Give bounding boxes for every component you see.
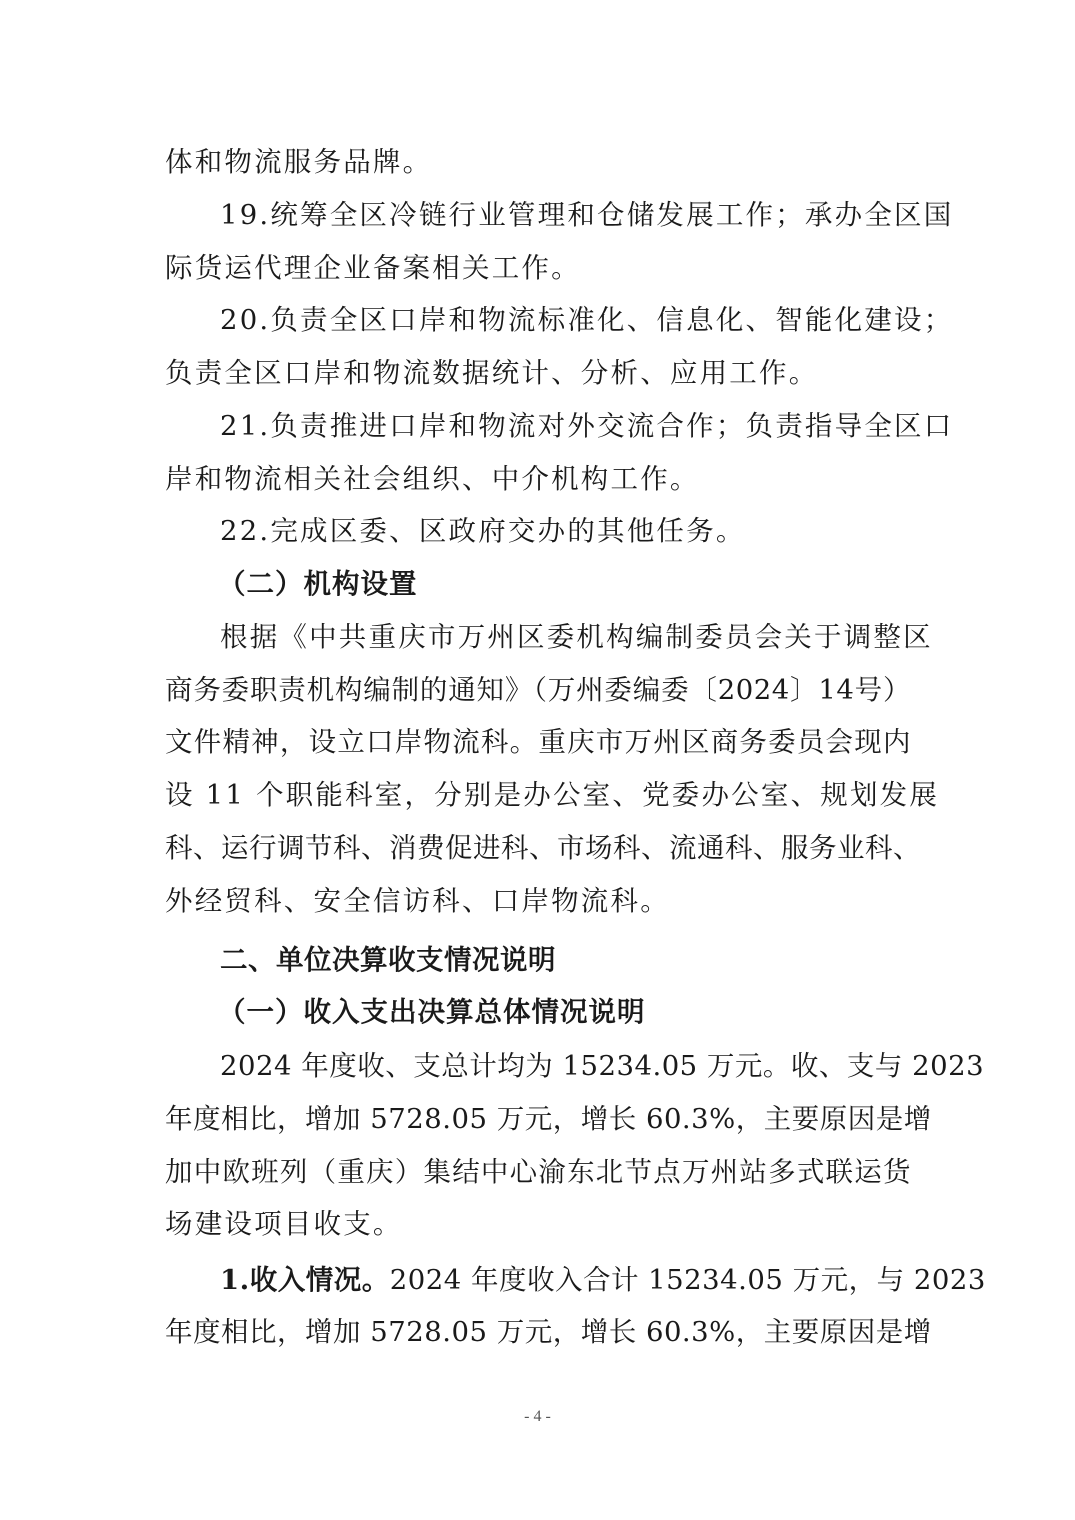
section-heading-org-setup: （二）机构设置 [218, 564, 964, 604]
list-item-20: 20.负责全区口岸和物流标准化、信息化、智能化建设； [220, 300, 911, 340]
list-item-19: 19.统筹全区冷链行业管理和仓储发展工作；承办全区国 [220, 195, 911, 235]
paragraph-line: 年度相比，增加 5728.05 万元，增长 60.3%，主要原因是增 [165, 1099, 911, 1139]
chapter-heading: 二、单位决算收支情况说明 [220, 940, 966, 980]
income-text: 2024 年度收入合计 15234.05 万元，与 2023 [390, 1260, 986, 1300]
paragraph-line: 商务委职责机构编制的通知》（万州委编委〔2024〕14号） [165, 670, 911, 710]
income-label: 1.收入情况。 [220, 1260, 390, 1300]
page-number: - 4 - [0, 1408, 1075, 1426]
paragraph-line: 根据《中共重庆市万州区委机构编制委员会关于调整区 [220, 617, 911, 657]
paragraph-line: 外经贸科、安全信访科、口岸物流科。 [165, 881, 911, 921]
list-item-21: 21.负责推进口岸和物流对外交流合作；负责指导全区口 [220, 406, 911, 446]
paragraph-line: 2024 年度收、支总计均为 15234.05 万元。收、支与 2023 [220, 1046, 911, 1086]
paragraph-line: 加中欧班列（重庆）集结中心渝东北节点万州站多式联运货 [165, 1152, 911, 1192]
paragraph-line: 设 11 个职能科室，分别是办公室、党委办公室、规划发展 [165, 775, 911, 815]
list-item-22: 22.完成区委、区政府交办的其他任务。 [220, 511, 911, 551]
paragraph-line: 负责全区口岸和物流数据统计、分析、应用工作。 [165, 353, 911, 393]
income-paragraph-line: 1.收入情况。 2024 年度收入合计 15234.05 万元，与 2023 [220, 1260, 911, 1300]
document-page: 体和物流服务品牌。 19.统筹全区冷链行业管理和仓储发展工作；承办全区国 际货运… [0, 0, 1075, 1520]
paragraph-line: 场建设项目收支。 [165, 1204, 911, 1244]
paragraph-line: 年度相比，增加 5728.05 万元，增长 60.3%，主要原因是增 [165, 1312, 911, 1352]
section-heading-overview: （一）收入支出决算总体情况说明 [218, 992, 964, 1032]
paragraph-line: 科、运行调节科、消费促进科、市场科、流通科、服务业科、 [165, 828, 911, 868]
paragraph-line: 际货运代理企业备案相关工作。 [165, 248, 911, 288]
paragraph-line: 体和物流服务品牌。 [165, 142, 911, 182]
paragraph-line: 岸和物流相关社会组织、中介机构工作。 [165, 459, 911, 499]
paragraph-line: 文件精神，设立口岸物流科。重庆市万州区商务委员会现内 [165, 722, 911, 762]
